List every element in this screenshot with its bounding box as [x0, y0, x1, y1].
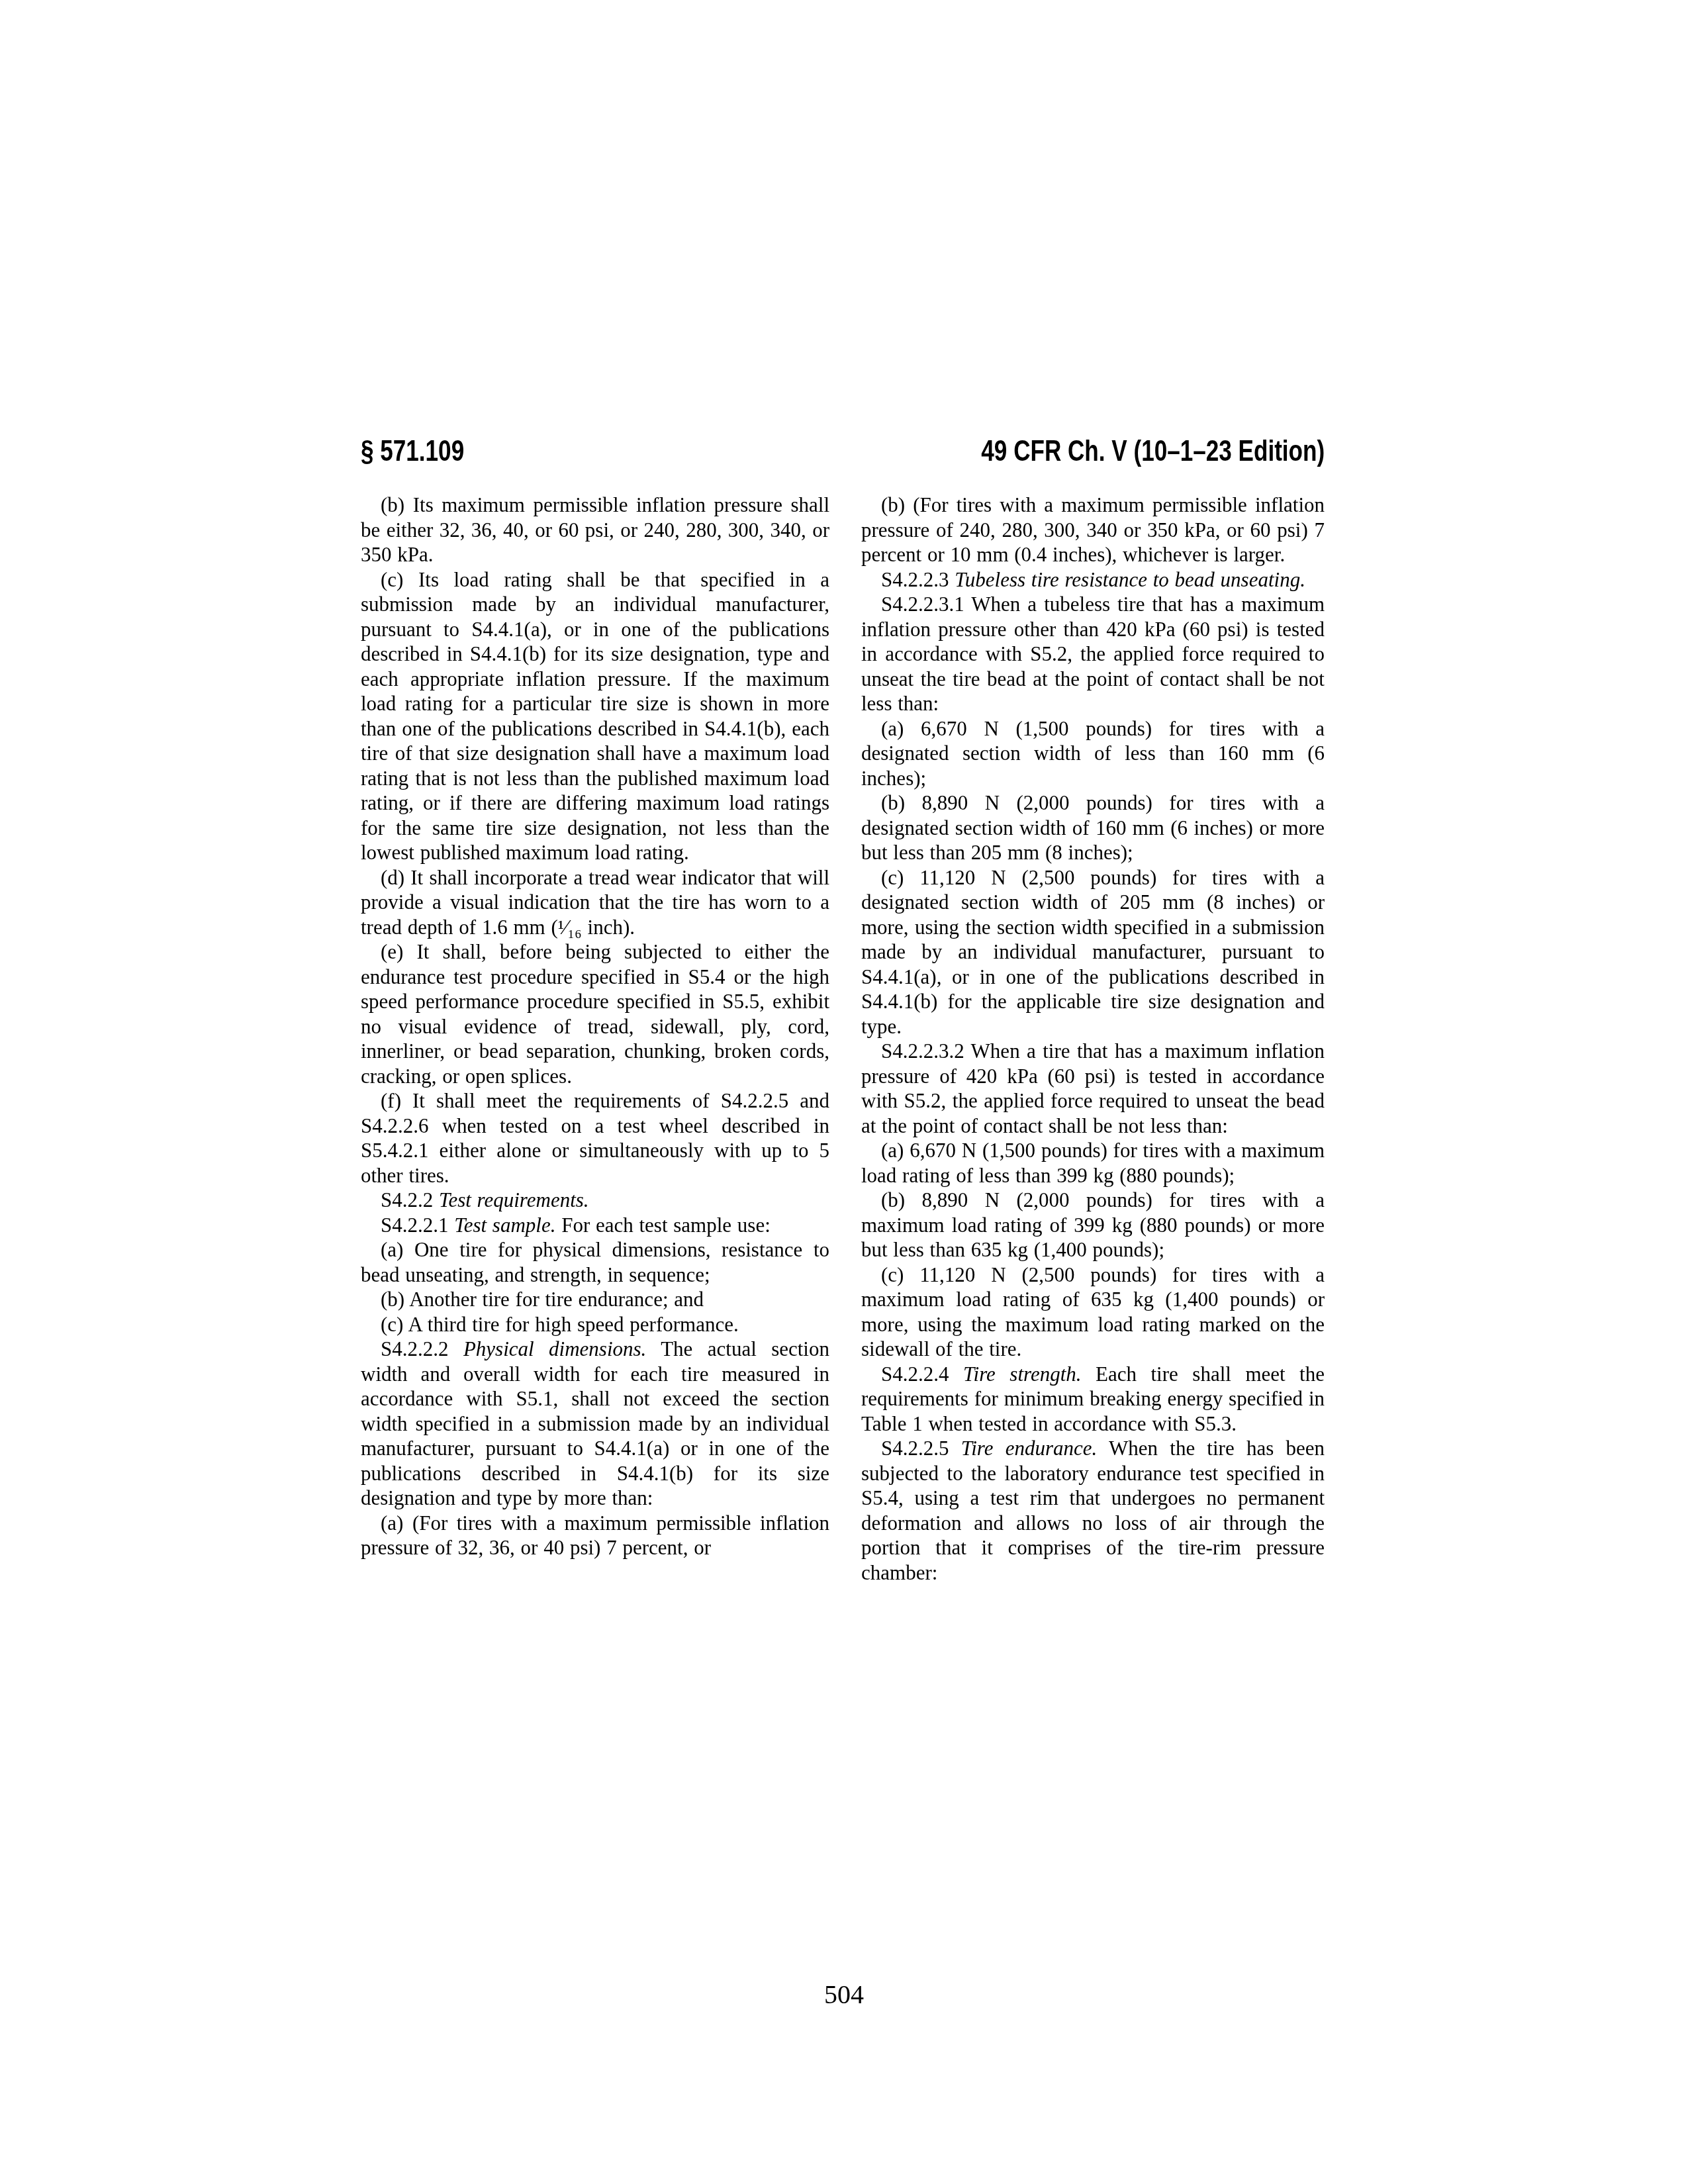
paragraph: S4.2.2.3 Tubeless tire resistance to bea… — [861, 567, 1325, 593]
paragraph: S4.2.2.3.2 When a tire that has a maximu… — [861, 1039, 1325, 1138]
text-segment: S4.2.2.3.2 When a tire that has a maximu… — [861, 1039, 1325, 1137]
body-left-column: (b) Its maximum permissible inflation pr… — [361, 493, 829, 1560]
paragraph: S4.2.2.2 Physical dimensions. The actual… — [361, 1337, 829, 1511]
italic-text-segment: Tire endurance. — [961, 1437, 1098, 1460]
page-number: 504 — [0, 1981, 1688, 2008]
text-segment: (c) A third tire for high speed performa… — [381, 1313, 739, 1336]
paragraph: (a) One tire for physical dimensions, re… — [361, 1237, 829, 1287]
paragraph: S4.2.2 Test requirements. — [361, 1188, 829, 1213]
paragraph: S4.2.2.5 Tire endurance. When the tire h… — [861, 1436, 1325, 1585]
paragraph: (b) 8,890 N (2,000 pounds) for tires wit… — [861, 1188, 1325, 1262]
paragraph: (d) It shall incorporate a tread wear in… — [361, 865, 829, 940]
text-segment: (a) One tire for physical dimensions, re… — [361, 1238, 829, 1286]
text-segment: (f) It shall meet the requirements of S4… — [361, 1089, 829, 1187]
text-segment: (b) (For tires with a maximum permissibl… — [861, 493, 1325, 566]
italic-text-segment: Test requirements. — [439, 1188, 589, 1211]
paragraph: (c) A third tire for high speed performa… — [361, 1312, 829, 1337]
paragraph: (c) 11,120 N (2,500 pounds) for tires wi… — [861, 1262, 1325, 1362]
paragraph: (a) (For tires with a maximum permissibl… — [361, 1511, 829, 1560]
paragraph: (c) 11,120 N (2,500 pounds) for tires wi… — [861, 865, 1325, 1039]
italic-text-segment: Tubeless tire resistance to bead unseati… — [955, 568, 1305, 591]
paragraph: (b) Its maximum permissible inflation pr… — [361, 493, 829, 567]
text-segment: (e) It shall, before being subjected to … — [361, 940, 829, 1088]
italic-text-segment: Tire strength. — [963, 1362, 1082, 1386]
text-segment: (b) 8,890 N (2,000 pounds) for tires wit… — [861, 1188, 1325, 1261]
text-segment: (d) It shall incorporate a tread wear in… — [361, 866, 829, 939]
body-right-column: (b) (For tires with a maximum permissibl… — [861, 493, 1325, 1585]
text-segment: S4.2.2.3 — [881, 568, 955, 591]
paragraph: S4.2.2.4 Tire strength. Each tire shall … — [861, 1362, 1325, 1437]
italic-text-segment: Test sample. — [454, 1213, 555, 1237]
text-segment: (c) Its load rating shall be that specif… — [361, 568, 829, 865]
text-segment: S4.2.2.2 — [381, 1337, 463, 1360]
text-segment: (c) 11,120 N (2,500 pounds) for tires wi… — [861, 866, 1325, 1038]
paragraph: (b) 8,890 N (2,000 pounds) for tires wit… — [861, 790, 1325, 865]
paragraph: S4.2.2.3.1 When a tubeless tire that has… — [861, 592, 1325, 716]
text-segment: (a) 6,670 N (1,500 pounds) for tires wit… — [861, 717, 1325, 790]
text-segment: S4.2.2.5 — [881, 1437, 961, 1460]
running-head-edition: 49 CFR Ch. V (10–1–23 Edition) — [981, 436, 1325, 465]
paragraph: (f) It shall meet the requirements of S4… — [361, 1088, 829, 1188]
paragraph: (a) 6,670 N (1,500 pounds) for tires wit… — [861, 716, 1325, 791]
text-segment: (b) 8,890 N (2,000 pounds) for tires wit… — [861, 791, 1325, 864]
paragraph: S4.2.2.1 Test sample. For each test samp… — [361, 1213, 829, 1238]
italic-text-segment: Physical dimensions. — [463, 1337, 646, 1360]
text-segment: The actual section width and overall wid… — [361, 1337, 829, 1509]
text-segment: S4.2.2 — [381, 1188, 439, 1211]
text-segment: (b) Another tire for tire endurance; and — [381, 1288, 704, 1311]
text-segment: S4.2.2.1 — [381, 1213, 454, 1237]
paragraph: (b) (For tires with a maximum permissibl… — [861, 493, 1325, 567]
cfr-page: § 571.109 49 CFR Ch. V (10–1–23 Edition)… — [0, 0, 1688, 2184]
text-segment: S4.2.2.4 — [881, 1362, 963, 1386]
paragraph: (c) Its load rating shall be that specif… — [361, 567, 829, 865]
paragraph: (b) Another tire for tire endurance; and — [361, 1287, 829, 1312]
paragraph: (a) 6,670 N (1,500 pounds) for tires wit… — [861, 1138, 1325, 1188]
running-head-section-number: § 571.109 — [361, 436, 464, 465]
text-segment: (b) Its maximum permissible inflation pr… — [361, 493, 829, 566]
paragraph: (e) It shall, before being subjected to … — [361, 939, 829, 1088]
text-segment: For each test sample use: — [555, 1213, 770, 1237]
text-segment: (c) 11,120 N (2,500 pounds) for tires wi… — [861, 1263, 1325, 1361]
text-segment: S4.2.2.3.1 When a tubeless tire that has… — [861, 593, 1325, 715]
text-segment: (a) (For tires with a maximum permissibl… — [361, 1511, 829, 1560]
text-segment: (a) 6,670 N (1,500 pounds) for tires wit… — [861, 1139, 1325, 1187]
